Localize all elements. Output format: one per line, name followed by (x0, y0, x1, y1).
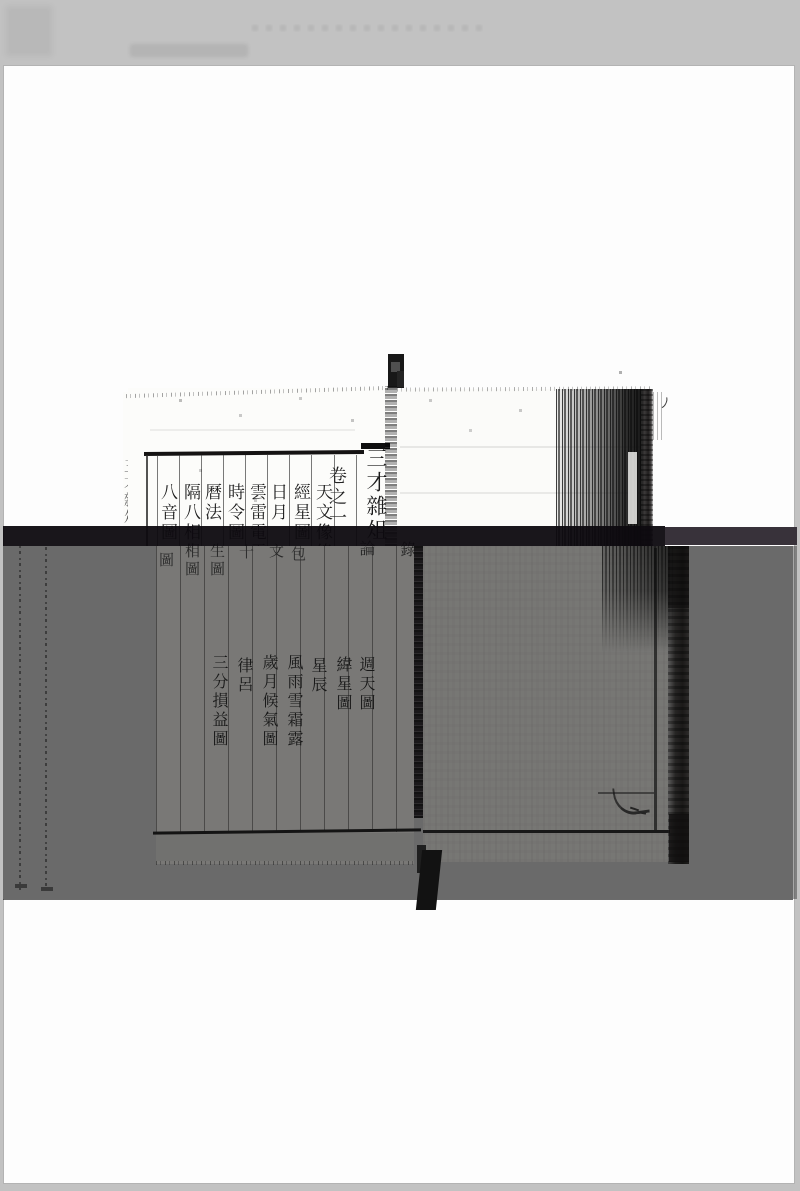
binding-strip-upper (385, 386, 397, 546)
binding-tab-step (397, 371, 404, 387)
scan-glitch-band-left (3, 526, 665, 546)
surround-corner-smudge (6, 6, 52, 56)
scan-glitch-band-right (665, 527, 797, 545)
toc-entry-upper: 日月 (268, 483, 285, 523)
toc-entry-upper: 曆法 (202, 483, 219, 523)
exposure-overlay-edge (793, 546, 797, 899)
topbar-ghost-dashes (252, 25, 482, 31)
paper-slit-highlight (628, 452, 637, 524)
page-edge-band-upper (641, 389, 653, 546)
paper-specks (0, 0, 1, 1)
topbar-ghost-marks (130, 44, 248, 57)
viewer-canvas: 三才雜俎 三才雜俎 卷之一 天文像緯 經星圖 日月 雲雷電雹 時令圖 曆法 隔八… (0, 0, 800, 1191)
paper-speck-row (150, 429, 355, 431)
exposure-overlay (3, 546, 793, 900)
